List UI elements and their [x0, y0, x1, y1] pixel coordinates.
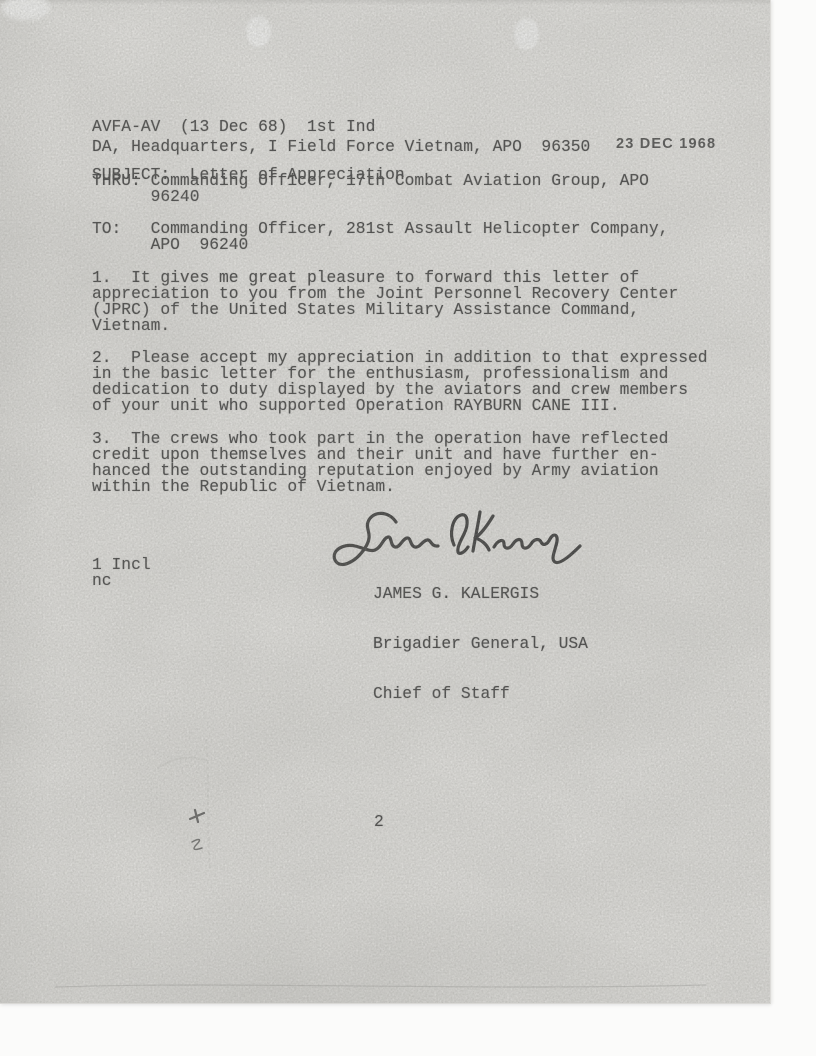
- page-number: 2: [374, 814, 384, 830]
- enclosure-block: 1 Incl nc: [92, 557, 151, 589]
- thru-block: THRU: Commanding Officer, 17th Combat Av…: [92, 173, 649, 205]
- ink-squiggle: [192, 840, 202, 850]
- origin-line: DA, Headquarters, I Field Force Vietnam,…: [92, 139, 590, 155]
- paragraph-3: 3. The crews who took part in the operat…: [92, 431, 668, 495]
- paragraph-1: 1. It gives me great pleasure to forward…: [92, 270, 678, 334]
- signature-rank: Brigadier General, USA: [373, 636, 588, 653]
- ink-mark: [190, 810, 204, 822]
- date-stamp: 23 DEC 1968: [616, 136, 716, 152]
- paper-crease: [55, 985, 706, 987]
- smudge-diagonal: [158, 758, 206, 768]
- signature-block: JAMES G. KALERGIS Brigadier General, USA…: [373, 553, 588, 736]
- punch-hole-left: [247, 17, 270, 46]
- signature-typed-name: JAMES G. KALERGIS: [373, 586, 588, 603]
- reference-line: AVFA-AV (13 Dec 68) 1st Ind: [92, 119, 405, 135]
- signature-title: Chief of Staff: [373, 686, 588, 703]
- scanned-page: AVFA-AV (13 Dec 68) 1st Ind SUBJECT: Let…: [0, 0, 816, 1056]
- punch-hole-right: [515, 19, 538, 49]
- paper-sheet: AVFA-AV (13 Dec 68) 1st Ind SUBJECT: Let…: [0, 0, 771, 1004]
- smudge-vertical: [206, 740, 210, 868]
- scan-artifact-blob: [2, 0, 50, 20]
- paragraph-2: 2. Please accept my appreciation in addi…: [92, 350, 708, 414]
- to-block: TO: Commanding Officer, 281st Assault He…: [92, 221, 668, 253]
